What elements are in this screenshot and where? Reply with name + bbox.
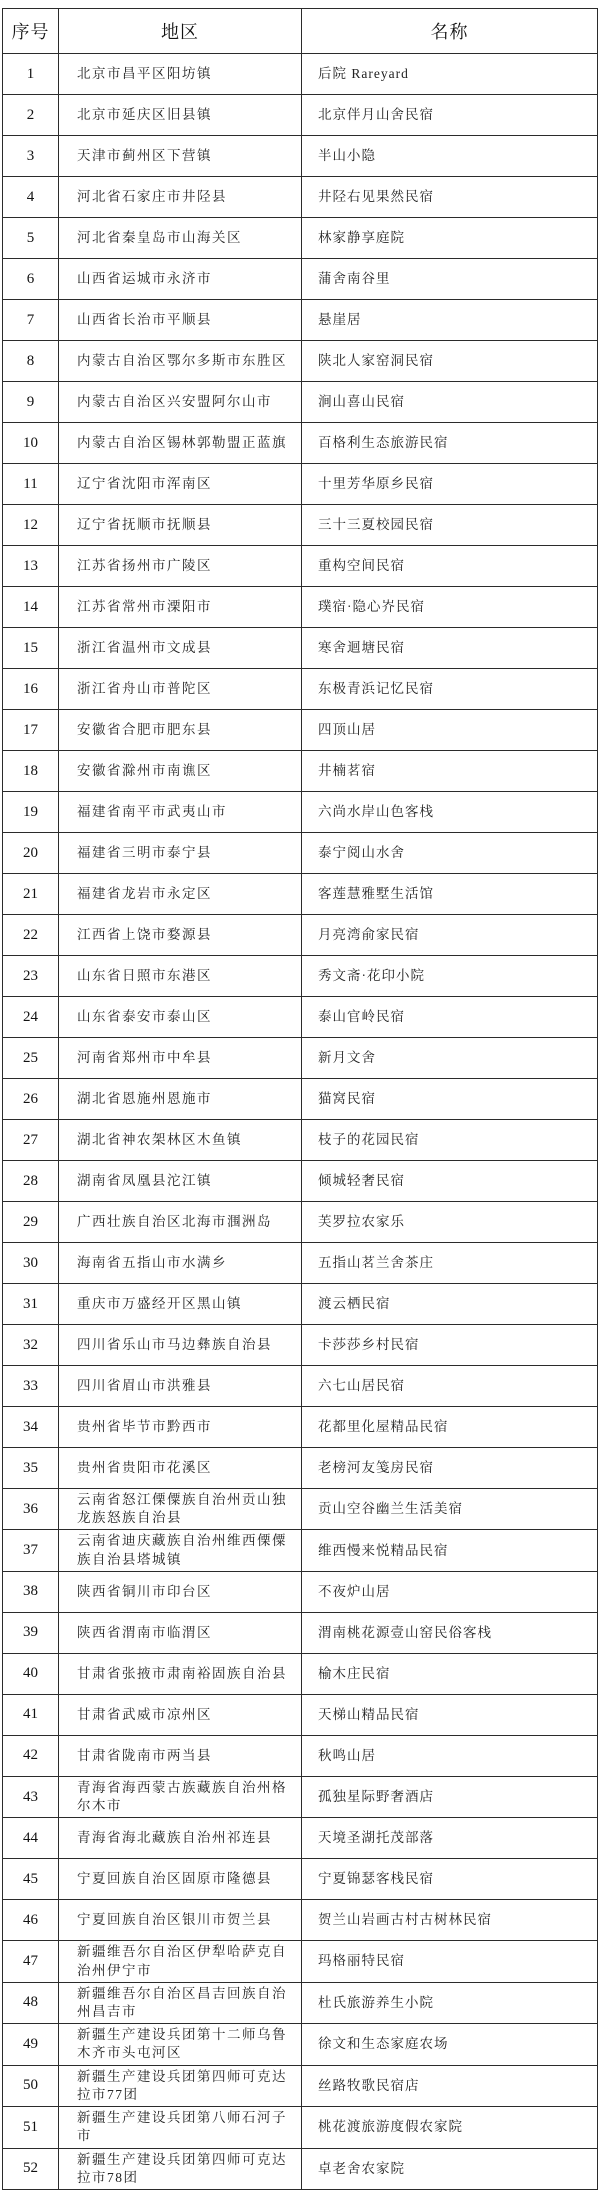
cell-name: 枝子的花园民宿	[302, 1120, 598, 1161]
table-row: 39 陕西省渭南市临渭区 渭南桃花源壹山窑民俗客栈	[3, 1612, 598, 1653]
cell-serial-number: 52	[3, 2148, 59, 2189]
table-row: 48 新疆维吾尔自治区昌吉回族自治州昌吉市 杜氏旅游养生小院	[3, 1982, 598, 2023]
cell-region: 山东省日照市东港区	[59, 956, 302, 997]
cell-name: 不夜炉山居	[302, 1571, 598, 1612]
cell-serial-number: 42	[3, 1735, 59, 1776]
cell-serial-number: 33	[3, 1366, 59, 1407]
table-row: 47 新疆维吾尔自治区伊犁哈萨克自治州伊宁市 玛格丽特民宿	[3, 1941, 598, 1982]
table-row: 12 辽宁省抚顺市抚顺县 三十三夏校园民宿	[3, 505, 598, 546]
cell-name: 林家静享庭院	[302, 218, 598, 259]
cell-name: 北京伴月山舍民宿	[302, 95, 598, 136]
table-row: 20 福建省三明市泰宁县 泰宁阅山水舍	[3, 833, 598, 874]
cell-region: 安徽省滁州市南谯区	[59, 751, 302, 792]
cell-name: 卡莎莎乡村民宿	[302, 1325, 598, 1366]
table-row: 21 福建省龙岩市永定区 客莲慧雅墅生活馆	[3, 874, 598, 915]
cell-name: 泰山官岭民宿	[302, 997, 598, 1038]
table-row: 10 内蒙古自治区锡林郭勒盟正蓝旗 百格利生态旅游民宿	[3, 423, 598, 464]
cell-region: 新疆生产建设兵团第四师可克达拉市77团	[59, 2065, 302, 2106]
cell-serial-number: 3	[3, 136, 59, 177]
cell-name: 重构空间民宿	[302, 546, 598, 587]
table-row: 26 湖北省恩施州恩施市 猫窝民宿	[3, 1079, 598, 1120]
cell-serial-number: 30	[3, 1243, 59, 1284]
cell-region: 四川省乐山市马边彝族自治县	[59, 1325, 302, 1366]
cell-serial-number: 32	[3, 1325, 59, 1366]
cell-region: 甘肃省陇南市两当县	[59, 1735, 302, 1776]
cell-name: 维西慢来悦精品民宿	[302, 1530, 598, 1571]
cell-serial-number: 18	[3, 751, 59, 792]
cell-serial-number: 8	[3, 341, 59, 382]
cell-serial-number: 2	[3, 95, 59, 136]
cell-region: 浙江省温州市文成县	[59, 628, 302, 669]
cell-serial-number: 47	[3, 1941, 59, 1982]
table-row: 16 浙江省舟山市普陀区 东极青浜记忆民宿	[3, 669, 598, 710]
cell-serial-number: 50	[3, 2065, 59, 2106]
cell-name: 蒲舍南谷里	[302, 259, 598, 300]
cell-region: 贵州省毕节市黔西市	[59, 1407, 302, 1448]
cell-name: 六七山居民宿	[302, 1366, 598, 1407]
cell-name: 渭南桃花源壹山窑民俗客栈	[302, 1612, 598, 1653]
cell-serial-number: 40	[3, 1653, 59, 1694]
table-row: 40 甘肃省张掖市肃南裕固族自治县 榆木庄民宿	[3, 1653, 598, 1694]
cell-serial-number: 37	[3, 1530, 59, 1571]
table-row: 28 湖南省凤凰县沱江镇 倾城轻奢民宿	[3, 1161, 598, 1202]
cell-name: 三十三夏校园民宿	[302, 505, 598, 546]
cell-region: 内蒙古自治区兴安盟阿尔山市	[59, 382, 302, 423]
cell-name: 寒舍迴塘民宿	[302, 628, 598, 669]
cell-serial-number: 20	[3, 833, 59, 874]
cell-name: 猫窝民宿	[302, 1079, 598, 1120]
cell-serial-number: 28	[3, 1161, 59, 1202]
cell-name: 老榜河友笺房民宿	[302, 1448, 598, 1489]
document-page: 序号 地区 名称 1 北京市昌平区阳坊镇 后院 Rareyard 2 北京市延庆…	[0, 0, 600, 2201]
table-row: 44 青海省海北藏族自治州祁连县 天境圣湖托茂部落	[3, 1818, 598, 1859]
cell-serial-number: 51	[3, 2107, 59, 2148]
cell-name: 月亮湾俞家民宿	[302, 915, 598, 956]
cell-region: 贵州省贵阳市花溪区	[59, 1448, 302, 1489]
cell-name: 榆木庄民宿	[302, 1653, 598, 1694]
header-row: 序号 地区 名称	[3, 9, 598, 54]
cell-region: 云南省迪庆藏族自治州维西傈僳族自治县塔城镇	[59, 1530, 302, 1571]
cell-region: 山东省泰安市泰山区	[59, 997, 302, 1038]
table-row: 8 内蒙古自治区鄂尔多斯市东胜区 陕北人家窑洞民宿	[3, 341, 598, 382]
cell-serial-number: 41	[3, 1694, 59, 1735]
table-row: 7 山西省长治市平顺县 悬崖居	[3, 300, 598, 341]
table-row: 1 北京市昌平区阳坊镇 后院 Rareyard	[3, 54, 598, 95]
table-row: 22 江西省上饶市婺源县 月亮湾俞家民宿	[3, 915, 598, 956]
cell-name: 桃花渡旅游度假农家院	[302, 2107, 598, 2148]
cell-name: 新月文舍	[302, 1038, 598, 1079]
cell-serial-number: 6	[3, 259, 59, 300]
cell-name: 十里芳华原乡民宿	[302, 464, 598, 505]
cell-name: 客莲慧雅墅生活馆	[302, 874, 598, 915]
cell-region: 陕西省渭南市临渭区	[59, 1612, 302, 1653]
cell-serial-number: 45	[3, 1859, 59, 1900]
cell-region: 新疆维吾尔自治区昌吉回族自治州昌吉市	[59, 1982, 302, 2023]
cell-region: 甘肃省武威市凉州区	[59, 1694, 302, 1735]
table-row: 13 江苏省扬州市广陵区 重构空间民宿	[3, 546, 598, 587]
cell-region: 河北省石家庄市井陉县	[59, 177, 302, 218]
table-row: 4 河北省石家庄市井陉县 井陉右见果然民宿	[3, 177, 598, 218]
table-row: 5 河北省秦皇岛市山海关区 林家静享庭院	[3, 218, 598, 259]
cell-region: 江苏省常州市溧阳市	[59, 587, 302, 628]
cell-serial-number: 24	[3, 997, 59, 1038]
cell-serial-number: 15	[3, 628, 59, 669]
cell-serial-number: 48	[3, 1982, 59, 2023]
cell-region: 新疆生产建设兵团第八师石河子市	[59, 2107, 302, 2148]
cell-region: 山西省运城市永济市	[59, 259, 302, 300]
table-row: 27 湖北省神农架林区木鱼镇 枝子的花园民宿	[3, 1120, 598, 1161]
cell-name: 玛格丽特民宿	[302, 1941, 598, 1982]
cell-serial-number: 49	[3, 2024, 59, 2065]
cell-region: 福建省三明市泰宁县	[59, 833, 302, 874]
cell-serial-number: 25	[3, 1038, 59, 1079]
cell-serial-number: 11	[3, 464, 59, 505]
cell-name: 半山小隐	[302, 136, 598, 177]
cell-name: 六尚水岸山色客栈	[302, 792, 598, 833]
homestay-table: 序号 地区 名称 1 北京市昌平区阳坊镇 后院 Rareyard 2 北京市延庆…	[2, 8, 598, 2190]
cell-region: 河南省郑州市中牟县	[59, 1038, 302, 1079]
cell-region: 湖南省凤凰县沱江镇	[59, 1161, 302, 1202]
cell-name: 后院 Rareyard	[302, 54, 598, 95]
cell-name: 井楠茗宿	[302, 751, 598, 792]
cell-region: 新疆生产建设兵团第十二师乌鲁木齐市头屯河区	[59, 2024, 302, 2065]
cell-serial-number: 21	[3, 874, 59, 915]
cell-name: 秀文斋·花印小院	[302, 956, 598, 997]
table-row: 32 四川省乐山市马边彝族自治县 卡莎莎乡村民宿	[3, 1325, 598, 1366]
cell-name: 孤独星际野奢酒店	[302, 1776, 598, 1817]
cell-region: 江西省上饶市婺源县	[59, 915, 302, 956]
cell-name: 渡云栖民宿	[302, 1284, 598, 1325]
cell-name: 贺兰山岩画古村古树林民宿	[302, 1900, 598, 1941]
table-row: 9 内蒙古自治区兴安盟阿尔山市 涧山喜山民宿	[3, 382, 598, 423]
cell-serial-number: 23	[3, 956, 59, 997]
table-row: 2 北京市延庆区旧县镇 北京伴月山舍民宿	[3, 95, 598, 136]
cell-name: 陕北人家窑洞民宿	[302, 341, 598, 382]
cell-region: 青海省海西蒙古族藏族自治州格尔木市	[59, 1776, 302, 1817]
cell-region: 四川省眉山市洪雅县	[59, 1366, 302, 1407]
cell-region: 重庆市万盛经开区黑山镇	[59, 1284, 302, 1325]
cell-serial-number: 9	[3, 382, 59, 423]
cell-serial-number: 39	[3, 1612, 59, 1653]
cell-region: 湖北省神农架林区木鱼镇	[59, 1120, 302, 1161]
cell-region: 北京市延庆区旧县镇	[59, 95, 302, 136]
cell-region: 江苏省扬州市广陵区	[59, 546, 302, 587]
cell-serial-number: 10	[3, 423, 59, 464]
cell-region: 山西省长治市平顺县	[59, 300, 302, 341]
cell-serial-number: 16	[3, 669, 59, 710]
table-row: 30 海南省五指山市水满乡 五指山茗兰舍茶庄	[3, 1243, 598, 1284]
table-row: 34 贵州省毕节市黔西市 花都里化屋精品民宿	[3, 1407, 598, 1448]
cell-serial-number: 22	[3, 915, 59, 956]
cell-region: 云南省怒江傈僳族自治州贡山独龙族怒族自治县	[59, 1489, 302, 1530]
cell-name: 芙罗拉农家乐	[302, 1202, 598, 1243]
cell-serial-number: 46	[3, 1900, 59, 1941]
cell-serial-number: 31	[3, 1284, 59, 1325]
cell-region: 安徽省合肥市肥东县	[59, 710, 302, 751]
cell-name: 花都里化屋精品民宿	[302, 1407, 598, 1448]
table-row: 18 安徽省滁州市南谯区 井楠茗宿	[3, 751, 598, 792]
cell-serial-number: 34	[3, 1407, 59, 1448]
table-row: 50 新疆生产建设兵团第四师可克达拉市77团 丝路牧歌民宿店	[3, 2065, 598, 2106]
table-row: 11 辽宁省沈阳市浑南区 十里芳华原乡民宿	[3, 464, 598, 505]
cell-region: 浙江省舟山市普陀区	[59, 669, 302, 710]
table-row: 23 山东省日照市东港区 秀文斋·花印小院	[3, 956, 598, 997]
cell-serial-number: 12	[3, 505, 59, 546]
cell-name: 五指山茗兰舍茶庄	[302, 1243, 598, 1284]
cell-serial-number: 27	[3, 1120, 59, 1161]
table-row: 46 宁夏回族自治区银川市贺兰县 贺兰山岩画古村古树林民宿	[3, 1900, 598, 1941]
cell-name: 杜氏旅游养生小院	[302, 1982, 598, 2023]
cell-region: 新疆维吾尔自治区伊犁哈萨克自治州伊宁市	[59, 1941, 302, 1982]
header-cell-region: 地区	[59, 9, 302, 54]
cell-serial-number: 26	[3, 1079, 59, 1120]
cell-region: 湖北省恩施州恩施市	[59, 1079, 302, 1120]
cell-name: 泰宁阅山水舍	[302, 833, 598, 874]
cell-serial-number: 13	[3, 546, 59, 587]
cell-region: 福建省龙岩市永定区	[59, 874, 302, 915]
table-row: 17 安徽省合肥市肥东县 四顶山居	[3, 710, 598, 751]
cell-serial-number: 1	[3, 54, 59, 95]
cell-name: 四顶山居	[302, 710, 598, 751]
cell-name: 丝路牧歌民宿店	[302, 2065, 598, 2106]
header-cell-name: 名称	[302, 9, 598, 54]
cell-name: 宁夏锦瑟客栈民宿	[302, 1859, 598, 1900]
cell-region: 福建省南平市武夷山市	[59, 792, 302, 833]
cell-name: 卓老舍农家院	[302, 2148, 598, 2189]
cell-name: 璞宿·隐心岕民宿	[302, 587, 598, 628]
cell-serial-number: 44	[3, 1818, 59, 1859]
table-row: 31 重庆市万盛经开区黑山镇 渡云栖民宿	[3, 1284, 598, 1325]
table-row: 19 福建省南平市武夷山市 六尚水岸山色客栈	[3, 792, 598, 833]
cell-name: 涧山喜山民宿	[302, 382, 598, 423]
cell-name: 倾城轻奢民宿	[302, 1161, 598, 1202]
cell-region: 海南省五指山市水满乡	[59, 1243, 302, 1284]
cell-serial-number: 35	[3, 1448, 59, 1489]
cell-name: 井陉右见果然民宿	[302, 177, 598, 218]
table-row: 33 四川省眉山市洪雅县 六七山居民宿	[3, 1366, 598, 1407]
table-row: 29 广西壮族自治区北海市涠洲岛 芙罗拉农家乐	[3, 1202, 598, 1243]
cell-name: 贡山空谷幽兰生活美宿	[302, 1489, 598, 1530]
table-row: 24 山东省泰安市泰山区 泰山官岭民宿	[3, 997, 598, 1038]
cell-region: 内蒙古自治区锡林郭勒盟正蓝旗	[59, 423, 302, 464]
table-row: 6 山西省运城市永济市 蒲舍南谷里	[3, 259, 598, 300]
cell-region: 天津市蓟州区下营镇	[59, 136, 302, 177]
table-row: 3 天津市蓟州区下营镇 半山小隐	[3, 136, 598, 177]
cell-name: 天梯山精品民宿	[302, 1694, 598, 1735]
cell-serial-number: 7	[3, 300, 59, 341]
cell-name: 徐文和生态家庭农场	[302, 2024, 598, 2065]
table-row: 42 甘肃省陇南市两当县 秋鸣山居	[3, 1735, 598, 1776]
cell-name: 天境圣湖托茂部落	[302, 1818, 598, 1859]
table-row: 36 云南省怒江傈僳族自治州贡山独龙族怒族自治县 贡山空谷幽兰生活美宿	[3, 1489, 598, 1530]
cell-name: 秋鸣山居	[302, 1735, 598, 1776]
cell-serial-number: 36	[3, 1489, 59, 1530]
cell-serial-number: 38	[3, 1571, 59, 1612]
table-row: 37 云南省迪庆藏族自治州维西傈僳族自治县塔城镇 维西慢来悦精品民宿	[3, 1530, 598, 1571]
table-row: 41 甘肃省武威市凉州区 天梯山精品民宿	[3, 1694, 598, 1735]
table-body: 1 北京市昌平区阳坊镇 后院 Rareyard 2 北京市延庆区旧县镇 北京伴月…	[3, 54, 598, 2190]
cell-region: 辽宁省抚顺市抚顺县	[59, 505, 302, 546]
table-row: 51 新疆生产建设兵团第八师石河子市 桃花渡旅游度假农家院	[3, 2107, 598, 2148]
cell-region: 新疆生产建设兵团第四师可克达拉市78团	[59, 2148, 302, 2189]
table-row: 38 陕西省铜川市印台区 不夜炉山居	[3, 1571, 598, 1612]
table-row: 49 新疆生产建设兵团第十二师乌鲁木齐市头屯河区 徐文和生态家庭农场	[3, 2024, 598, 2065]
table-row: 25 河南省郑州市中牟县 新月文舍	[3, 1038, 598, 1079]
cell-region: 内蒙古自治区鄂尔多斯市东胜区	[59, 341, 302, 382]
cell-region: 宁夏回族自治区固原市隆德县	[59, 1859, 302, 1900]
cell-name: 悬崖居	[302, 300, 598, 341]
table-header: 序号 地区 名称	[3, 9, 598, 54]
cell-region: 甘肃省张掖市肃南裕固族自治县	[59, 1653, 302, 1694]
cell-region: 宁夏回族自治区银川市贺兰县	[59, 1900, 302, 1941]
cell-region: 广西壮族自治区北海市涠洲岛	[59, 1202, 302, 1243]
table-row: 14 江苏省常州市溧阳市 璞宿·隐心岕民宿	[3, 587, 598, 628]
cell-region: 陕西省铜川市印台区	[59, 1571, 302, 1612]
cell-serial-number: 19	[3, 792, 59, 833]
table-row: 35 贵州省贵阳市花溪区 老榜河友笺房民宿	[3, 1448, 598, 1489]
cell-region: 辽宁省沈阳市浑南区	[59, 464, 302, 505]
table-row: 15 浙江省温州市文成县 寒舍迴塘民宿	[3, 628, 598, 669]
cell-serial-number: 43	[3, 1776, 59, 1817]
table-row: 43 青海省海西蒙古族藏族自治州格尔木市 孤独星际野奢酒店	[3, 1776, 598, 1817]
cell-serial-number: 5	[3, 218, 59, 259]
cell-serial-number: 14	[3, 587, 59, 628]
cell-name: 东极青浜记忆民宿	[302, 669, 598, 710]
table-row: 52 新疆生产建设兵团第四师可克达拉市78团 卓老舍农家院	[3, 2148, 598, 2189]
cell-serial-number: 29	[3, 1202, 59, 1243]
cell-serial-number: 4	[3, 177, 59, 218]
cell-region: 青海省海北藏族自治州祁连县	[59, 1818, 302, 1859]
cell-region: 北京市昌平区阳坊镇	[59, 54, 302, 95]
header-cell-no: 序号	[3, 9, 59, 54]
table-row: 45 宁夏回族自治区固原市隆德县 宁夏锦瑟客栈民宿	[3, 1859, 598, 1900]
cell-serial-number: 17	[3, 710, 59, 751]
cell-region: 河北省秦皇岛市山海关区	[59, 218, 302, 259]
cell-name: 百格利生态旅游民宿	[302, 423, 598, 464]
